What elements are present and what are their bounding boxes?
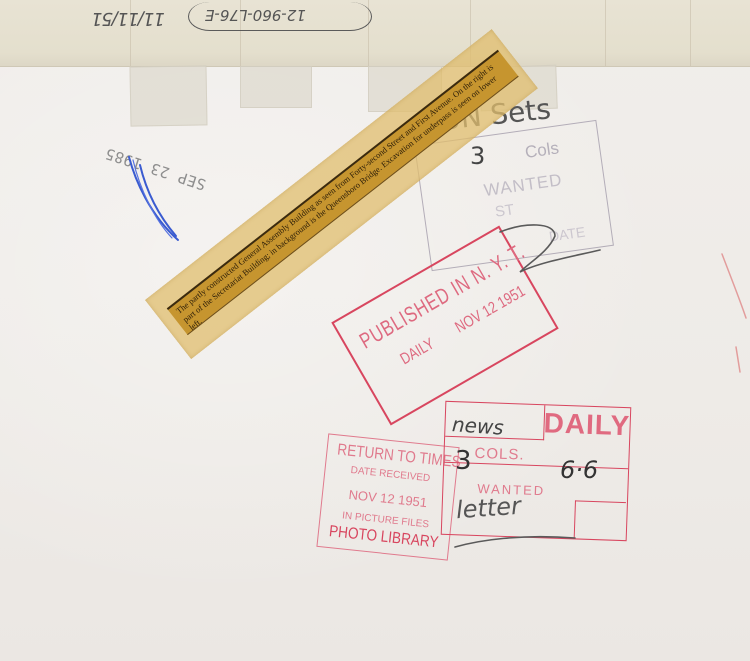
top-paper-strip: 12-960-L76-E 11/11/51 <box>0 0 750 67</box>
cols-underline <box>444 462 628 469</box>
handwritten-cols-number: 3 <box>470 142 485 170</box>
strip-divider <box>690 0 691 66</box>
grey-wanted-label: WANTED <box>483 170 564 201</box>
handwritten-signature: letter <box>455 492 522 524</box>
return-date: NOV 12 1951 <box>322 484 453 513</box>
daily-title: DAILY <box>543 407 631 442</box>
red-pencil-streaks <box>722 254 746 372</box>
strip-divider <box>605 0 606 66</box>
pencil-code: 12-960-L76-E <box>205 6 306 24</box>
photo-back: 12-960-L76-E 11/11/51 SEP 23 1985 Cols W… <box>0 0 750 661</box>
return-to-times-stamp: RETURN TO TIMES DATE RECEIVED NOV 12 195… <box>316 433 459 560</box>
corner-box <box>574 500 626 539</box>
pencil-date-marks: 11/11/51 <box>92 8 165 29</box>
handwritten-daily-cols: 3 <box>455 446 472 476</box>
cols-label: COLS. <box>474 445 525 464</box>
published-daily-label: DAILY <box>398 336 438 369</box>
grey-cols-label: Cols <box>524 138 560 163</box>
grey-partial-line: ST <box>494 201 515 221</box>
grey-partial-line: DATE <box>548 224 586 245</box>
tape-tab <box>240 66 312 108</box>
received-date-stamp: SEP 23 1985 <box>103 144 208 194</box>
tape-tab <box>129 65 207 126</box>
handwritten-size-note: 6·6 <box>560 456 598 484</box>
published-in-nyt-stamp: PUBLISHED IN N. Y. T. DAILY NOV 12 1951 <box>331 225 559 425</box>
handwritten-news: news <box>451 412 504 440</box>
